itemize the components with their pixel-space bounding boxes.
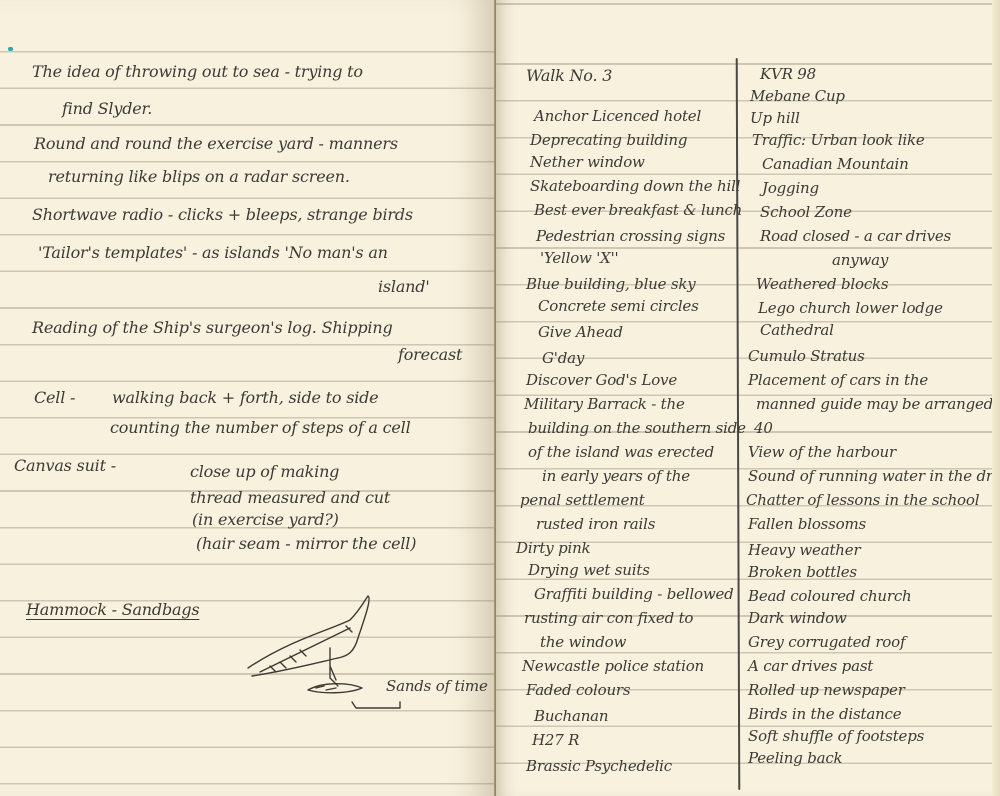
walk-item: KVR 98 xyxy=(760,64,816,84)
walk-item: H27 R xyxy=(532,730,579,750)
walk-item: Military Barrack - the xyxy=(524,394,685,414)
walk-item: Dirty pink xyxy=(516,538,590,558)
walk-item: Weathered blocks xyxy=(756,274,888,294)
note-canvas-line-2: thread measured and cut xyxy=(190,488,390,508)
walk-item: building on the southern side xyxy=(528,418,746,438)
walk-item: Best ever breakfast & lunch xyxy=(534,200,742,220)
walk-item: Bead coloured church xyxy=(748,586,912,606)
note-templates-line-1: 'Tailor's templates' - as islands 'No ma… xyxy=(38,243,388,263)
walk-item: Sound of running water in the drain xyxy=(748,466,1000,486)
walk-item: rusted iron rails xyxy=(536,514,655,534)
note-radio: Shortwave radio - clicks + bleeps, stran… xyxy=(32,205,413,225)
walk-item: Faded colours xyxy=(526,680,630,700)
walk-item: Placement of cars in the xyxy=(748,370,928,390)
ink-spot xyxy=(8,47,13,51)
note-canvas-label: Canvas suit - xyxy=(14,456,116,476)
note-sea-line-1: The idea of throwing out to sea - trying… xyxy=(32,62,363,82)
walk-item: Dark window xyxy=(748,608,847,628)
walk-item: rusting air con fixed to xyxy=(524,608,693,628)
note-cell-line-1: walking back + forth, side to side xyxy=(112,388,378,408)
walk-item: Give Ahead xyxy=(538,322,623,342)
walk-item: Mebane Cup xyxy=(750,86,845,106)
walk-item: Buchanan xyxy=(534,706,608,726)
hammock-sandbag-sketch xyxy=(230,590,490,720)
page-edge xyxy=(992,0,1000,796)
walk-item: Brassic Psychedelic xyxy=(526,756,672,776)
note-yard-line-1: Round and round the exercise yard - mann… xyxy=(34,134,398,154)
walk-item: Blue building, blue sky xyxy=(526,274,696,294)
walk-item: Deprecating building xyxy=(530,130,687,150)
note-canvas-line-3: (in exercise yard?) xyxy=(192,510,339,530)
walk-item: anyway xyxy=(832,250,888,270)
walk-item: Grey corrugated roof xyxy=(748,632,905,652)
note-log-line-1: Reading of the Ship's surgeon's log. Shi… xyxy=(32,318,393,338)
walk-item: Skateboarding down the hill xyxy=(530,176,740,196)
walk-item: Lego church lower lodge xyxy=(758,298,943,318)
walk-item: Jogging xyxy=(762,178,819,198)
walk-item: Broken bottles xyxy=(748,562,857,582)
notebook-spread: The idea of throwing out to sea - trying… xyxy=(0,0,1000,796)
note-log-line-2: forecast xyxy=(398,345,462,365)
walk-item: Rolled up newspaper xyxy=(748,680,905,700)
walk-item: Peeling back xyxy=(748,748,842,768)
walk-item: manned guide may be arranged xyxy=(756,394,993,414)
note-hammock-text: Hammock - Sandbags xyxy=(26,600,199,619)
walk-item: 'Yellow 'X'' xyxy=(540,248,618,268)
note-canvas-line-4: (hair seam - mirror the cell) xyxy=(196,534,416,554)
walk-item: Canadian Mountain xyxy=(762,154,909,174)
walk-item: Birds in the distance xyxy=(748,704,901,724)
walk-item: penal settlement xyxy=(520,490,645,510)
walk-item: Chatter of lessons in the school xyxy=(746,490,979,510)
note-canvas-line-1: close up of making xyxy=(190,462,339,482)
left-page: The idea of throwing out to sea - trying… xyxy=(0,0,496,796)
walk-item: School Zone xyxy=(760,202,852,222)
walk-item: Discover God's Love xyxy=(526,370,677,390)
note-yard-line-2: returning like blips on a radar screen. xyxy=(48,167,350,187)
walk-item: View of the harbour xyxy=(748,442,896,462)
walk-item: Graffiti building - bellowed xyxy=(534,584,734,604)
sketch-label: Sands of time xyxy=(386,676,488,696)
note-hammock: Hammock - Sandbags xyxy=(26,600,199,620)
walk-item: in early years of the xyxy=(542,466,690,486)
walk-item: G'day xyxy=(542,348,584,368)
walk-item: Anchor Licenced hotel xyxy=(534,106,701,126)
walk-item: Drying wet suits xyxy=(528,560,650,580)
walk-item: 40 xyxy=(754,418,773,438)
walk-item: Cathedral xyxy=(760,320,834,340)
walk-item: Cumulo Stratus xyxy=(748,346,865,366)
walk-item: Heavy weather xyxy=(748,540,860,560)
walk-item: Fallen blossoms xyxy=(748,514,866,534)
note-templates-line-2: island' xyxy=(378,277,430,297)
walk-title: Walk No. 3 xyxy=(526,66,612,86)
note-cell-line-2: counting the number of steps of a cell xyxy=(110,418,411,438)
walk-item: Road closed - a car drives xyxy=(760,226,951,246)
walk-item: the window xyxy=(540,632,626,652)
walk-item: Traffic: Urban look like xyxy=(752,130,925,150)
walk-item: Pedestrian crossing signs xyxy=(536,226,725,246)
walk-item: Nether window xyxy=(530,152,645,172)
note-cell-label: Cell - xyxy=(34,388,75,408)
walk-item: A car drives past xyxy=(748,656,873,676)
walk-item: Soft shuffle of footsteps xyxy=(748,726,924,746)
note-sea-line-2: find Slyder. xyxy=(62,99,152,119)
walk-item: Concrete semi circles xyxy=(538,296,699,316)
walk-item: of the island was erected xyxy=(528,442,714,462)
walk-item: Newcastle police station xyxy=(522,656,704,676)
walk-item: Up hill xyxy=(750,108,800,128)
